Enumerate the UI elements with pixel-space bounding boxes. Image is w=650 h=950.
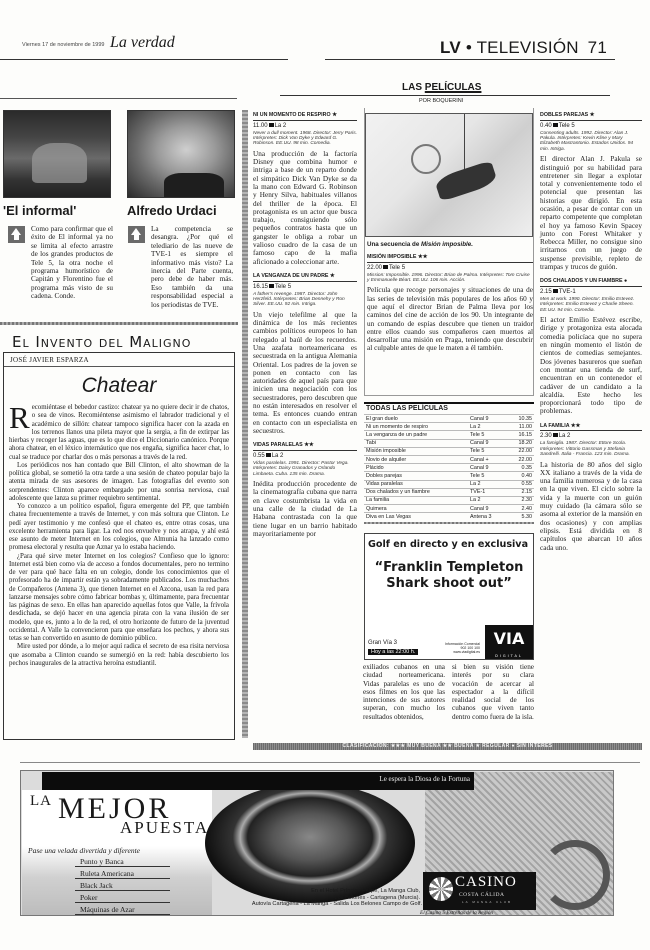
page-rule bbox=[20, 762, 640, 763]
dropcap: R bbox=[9, 405, 30, 430]
paragraph: Recomiéntase el bebedor castizo: chatear… bbox=[9, 404, 229, 462]
film-meta: A father's revenge. 1987. Director: John… bbox=[253, 292, 357, 308]
page-number: 71 bbox=[588, 38, 607, 57]
vertical-divider bbox=[242, 110, 248, 738]
film-review: Inédita producción procedente de la cine… bbox=[253, 480, 357, 538]
film-meta: Men at work. 1990. Director: Emilio Este… bbox=[540, 297, 642, 313]
separator bbox=[0, 322, 238, 325]
film-title: DOS CHALADOS Y UN FIAMBRE ● bbox=[540, 279, 642, 287]
casino-game: Ruleta Americana bbox=[75, 869, 170, 879]
film-title: LA VENGANZA DE UN PADRE ★ bbox=[253, 274, 357, 282]
golf-ad-event: “Franklin Templeton Shark shoot out” bbox=[364, 560, 534, 592]
film-review: Una producción de la factoría Disney que… bbox=[253, 150, 357, 266]
film-title: NI UN MOMENTO DE RESPIRO ★ bbox=[253, 113, 357, 121]
feature-film: MISIÓN IMPOSIBLE ★★ 22.00Tele 5 Mission:… bbox=[367, 255, 533, 353]
left-top-rule bbox=[0, 98, 237, 99]
roulette-icon bbox=[429, 877, 453, 901]
film-review-continued: si bien su visión tiene interés por su c… bbox=[452, 663, 534, 721]
film-schedule: 0.40Tele 5 bbox=[540, 123, 642, 129]
paragraph: ¿Para qué sirve meter Internet en los co… bbox=[9, 553, 229, 644]
casino-game: Máquinas de Azar bbox=[75, 905, 170, 915]
channel-marker-icon bbox=[269, 284, 274, 288]
author-rule bbox=[4, 366, 234, 367]
golf-ad-hours: Hoy a las 22:00 h. bbox=[368, 649, 418, 655]
section-header: LV • TELEVISIÓN 71 bbox=[440, 38, 607, 58]
casino-address: En el Hotel Príncipe Felipe, La Manga Cl… bbox=[220, 888, 420, 908]
casino-game: Punto y Banca bbox=[75, 857, 170, 867]
golf-ad-contact: Información Comercial 902 100 100 www.vi… bbox=[440, 642, 480, 654]
section-bullet: • bbox=[466, 38, 472, 57]
el-informal-photo bbox=[3, 110, 111, 198]
film-meta: Never a dull moment. 1968. Director: Jer… bbox=[253, 131, 357, 147]
film-review: El actor Emilio Estévez escribe, dirige … bbox=[540, 316, 642, 416]
item-headline: 'El informal' bbox=[3, 203, 76, 218]
table-row: Vidas paralelasLa 20.55 bbox=[364, 480, 534, 488]
table-row: Dos chalados y un fiambreTVE-12.15 bbox=[364, 488, 534, 496]
table-row: PlácidoCanal 90.35 bbox=[364, 464, 534, 472]
casino-game: Black Jack bbox=[75, 881, 170, 891]
films-rule bbox=[280, 95, 610, 96]
table-row: QuimeraCanal 92.40 bbox=[364, 505, 534, 513]
column-author: JOSÉ JAVIER ESPARZA bbox=[10, 356, 89, 364]
golf-ad-channel: Gran Vía 3 bbox=[368, 640, 397, 646]
newspaper-name: La verdad bbox=[110, 34, 175, 52]
paragraph: Yo conozco a un político español, figura… bbox=[9, 503, 229, 553]
films-section-title: LAS PELÍCULAS bbox=[402, 82, 481, 93]
table-row: La venganza de un padreTele 516.15 bbox=[364, 431, 534, 439]
film-meta: La famiglia. 1987. Director: Ettore Scol… bbox=[540, 441, 642, 457]
film-meta: Consenting adults. 1992. Director: Alan … bbox=[540, 131, 642, 153]
item-text: Como para confirmar que el éxito de El i… bbox=[31, 225, 113, 301]
paragraph: Mire usted por dónde, a lo mejor aquí ra… bbox=[9, 643, 229, 668]
film-meta: Vidas paralelas. 1991. Director: Pastor … bbox=[253, 461, 357, 477]
channel-marker-icon bbox=[266, 453, 271, 457]
film-title: VIDAS PARALELAS ★★ bbox=[253, 443, 357, 451]
item-text: La competencia se desangra. ¿Por qué el … bbox=[151, 225, 233, 309]
film-review: Un viejo telefilme al que la dinámica de… bbox=[253, 311, 357, 435]
casino-subtitle: Pase una velada divertida y diferente bbox=[28, 846, 140, 855]
channel-marker-icon bbox=[553, 433, 558, 437]
casino-tagline: Le espera la Diosa de la Fortuna bbox=[300, 775, 470, 783]
item-headline: Alfredo Urdaci bbox=[127, 203, 217, 218]
alfredo-urdaci-photo bbox=[127, 110, 235, 198]
channel-marker-icon bbox=[383, 265, 388, 269]
table-row: La familiaLa 22.30 bbox=[364, 496, 534, 504]
table-row: TabiCanal 918.20 bbox=[364, 439, 534, 447]
film-schedule: 0.55La 2 bbox=[253, 453, 357, 459]
golf-ad-line1: Golf en directo y en exclusiva bbox=[368, 539, 532, 550]
section-name: TELEVISIÓN bbox=[477, 38, 579, 57]
casino-logo-sub: COSTA CÁLIDA bbox=[459, 892, 504, 898]
films-column-right: DOBLES PAREJAS ★ 0.40Tele 5 Consenting a… bbox=[540, 113, 642, 552]
film-review-continued: exiliados cubanos en una ciudad norteame… bbox=[363, 663, 445, 721]
table-row: Novio de alquilerCanal +22.00 bbox=[364, 455, 534, 463]
table-row: El gran dueloCanal 910.35 bbox=[364, 415, 534, 423]
casino-game: Poker bbox=[75, 893, 170, 903]
column-body: Recomiéntase el bebedor castizo: chatear… bbox=[9, 404, 229, 668]
header-rule-right bbox=[325, 59, 615, 60]
casino-title-la: LA bbox=[30, 793, 52, 810]
film-title: MISIÓN IMPOSIBLE ★★ bbox=[367, 255, 533, 263]
swirl-ornament-icon bbox=[540, 840, 610, 910]
channel-marker-icon bbox=[553, 289, 558, 293]
film-title: LA FAMILIA ★★ bbox=[540, 424, 642, 432]
arrow-up-icon bbox=[128, 226, 145, 243]
film-title: DOBLES PAREJAS ★ bbox=[540, 113, 642, 121]
paragraph: Los periódicos nos han contado que Bill … bbox=[9, 462, 229, 503]
table-row: Misión imposibleTele 522.00 bbox=[364, 447, 534, 455]
films-byline: POR BOQUERINI bbox=[419, 98, 463, 104]
section-prefix: LV bbox=[440, 38, 461, 57]
all-films-title: TODAS LAS PELÍCULAS bbox=[366, 405, 448, 412]
channel-marker-icon bbox=[269, 123, 274, 127]
film-schedule: 2.15TVE-1 bbox=[540, 289, 642, 295]
films-column-left: NI UN MOMENTO DE RESPIRO ★ 11.00La 2 Nev… bbox=[253, 113, 357, 538]
via-digital-logo: DIGITAL VIA bbox=[485, 625, 533, 659]
film-schedule: 11.00La 2 bbox=[253, 123, 357, 129]
table-row: Dobles parejasTele 50.40 bbox=[364, 472, 534, 480]
casino-logo-small: LA MANGA CLUB bbox=[462, 900, 512, 904]
table-bottom-rule bbox=[364, 522, 534, 524]
column-section-title: El Invento del Maligno bbox=[12, 333, 191, 351]
all-films-table: El gran dueloCanal 910.35 Ni un momento … bbox=[364, 414, 534, 521]
film-schedule: 16.15Tele 5 bbox=[253, 284, 357, 290]
roulette-wheel-image bbox=[205, 783, 415, 903]
film-schedule: 2.30La 2 bbox=[540, 433, 642, 439]
casino-title-apuesta: APUESTA bbox=[120, 818, 209, 838]
table-row: Diva en Las VegasAntena 35.30 bbox=[364, 513, 534, 521]
table-top-rule bbox=[364, 402, 534, 404]
header-rule bbox=[0, 59, 288, 60]
photo-caption: Una secuencia de Misión imposible. bbox=[367, 241, 473, 248]
film-review: El director Alan J. Pakula se distinguió… bbox=[540, 155, 642, 271]
film-review: La historia de 80 años del siglo XX ital… bbox=[540, 461, 642, 552]
classification-legend: CLASIFICACIÓN: ★★★ MUY BUENA ★★ BUENA ★ … bbox=[253, 743, 642, 750]
page-date: Viernes 17 de noviembre de 1999 bbox=[22, 42, 104, 48]
column-headline: Chatear bbox=[3, 374, 235, 398]
casino-logo-name: CASINO bbox=[455, 874, 517, 891]
film-schedule: 22.00Tele 5 bbox=[367, 265, 533, 271]
film-meta: Mission: Impossible. 1996. Director: Bri… bbox=[367, 273, 533, 284]
mision-imposible-photo bbox=[365, 113, 533, 237]
arrow-up-icon bbox=[8, 226, 25, 243]
casino-slogan: El Casino 5 Estrellas de la Región bbox=[420, 910, 493, 916]
table-row: Ni un momento de respiroLa 211.00 bbox=[364, 423, 534, 431]
film-review: Película que recoge personajes y situaci… bbox=[367, 286, 533, 352]
channel-marker-icon bbox=[553, 123, 558, 127]
